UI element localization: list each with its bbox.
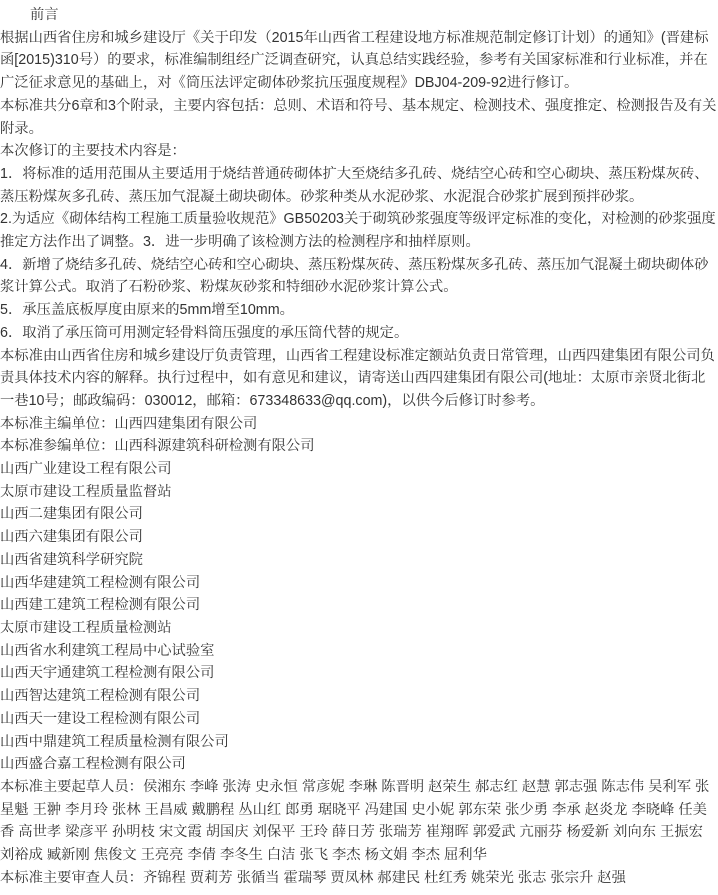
revision-item-5: 5．承压盖底板厚度由原来的5mm增至10mm。 <box>0 299 718 322</box>
document-body: 根据山西省住房和城乡建设厅《关于印发（2015年山西省工程建设地方标准规范制定修… <box>0 27 718 890</box>
participating-unit: 山西天宇通建筑工程检测有限公司 <box>0 662 718 685</box>
participating-unit: 山西六建集团有限公司 <box>0 526 718 549</box>
participating-unit: 山西建工建筑工程检测有限公司 <box>0 594 718 617</box>
revision-item-2-3: 2.为适应《砌体结构工程施工质量验收规范》GB50203关于砌筑砂浆强度等级评定… <box>0 208 718 253</box>
participating-unit: 山西华建建筑工程检测有限公司 <box>0 572 718 595</box>
participating-unit: 山西省建筑科学研究院 <box>0 549 718 572</box>
document-title: 前言 <box>0 4 718 27</box>
revision-item-6: 6．取消了承压筒可用测定轻骨料筒压强度的承压筒代替的规定。 <box>0 322 718 345</box>
participating-unit: 太原市建设工程质量检测站 <box>0 617 718 640</box>
intro-paragraph: 根据山西省住房和城乡建设厅《关于印发（2015年山西省工程建设地方标准规范制定修… <box>0 27 718 95</box>
participating-unit: 山西广业建设工程有限公司 <box>0 458 718 481</box>
participating-unit: 太原市建设工程质量监督站 <box>0 481 718 504</box>
revision-item-1: 1．将标准的适用范围从主要适用于烧结普通砖砌体扩大至烧结多孔砖、烧结空心砖和空心… <box>0 163 718 208</box>
participating-unit: 山西智达建筑工程检测有限公司 <box>0 685 718 708</box>
contents-overview: 本标准共分6章和3个附录，主要内容包括：总则、术语和符号、基本规定、检测技术、强… <box>0 95 718 140</box>
participating-units-lead: 本标准参编单位：山西科源建筑科研检测有限公司 <box>0 435 718 458</box>
management-paragraph: 本标准由山西省住房和城乡建设厅负责管理，山西省工程建设标准定额站负责日常管理，山… <box>0 345 718 413</box>
participating-unit: 山西省水利建筑工程局中心试验室 <box>0 640 718 663</box>
participating-unit: 山西盛合嘉工程检测有限公司 <box>0 753 718 776</box>
participating-unit: 山西二建集团有限公司 <box>0 503 718 526</box>
revision-item-4: 4．新增了烧结多孔砖、烧结空心砖和空心砌块、蒸压粉煤灰砖、蒸压粉煤灰多孔砖、蒸压… <box>0 254 718 299</box>
revision-intro: 本次修订的主要技术内容是： <box>0 140 718 163</box>
chief-editing-unit: 本标准主编单位：山西四建集团有限公司 <box>0 413 718 436</box>
participating-unit: 山西天一建设工程检测有限公司 <box>0 708 718 731</box>
preface-document: 前言 根据山西省住房和城乡建设厅《关于印发（2015年山西省工程建设地方标准规范… <box>0 0 718 889</box>
reviewers-paragraph: 本标准主要审查人员：齐锦程 贾莉芳 张循当 霍瑞琴 贾凤林 郝建民 杜红秀 姚荣… <box>0 867 718 890</box>
drafters-paragraph: 本标准主要起草人员：侯湘东 李峰 张涛 史永恒 常彦妮 李琳 陈晋明 赵荣生 郝… <box>0 776 718 867</box>
participating-unit: 山西中鼎建筑工程质量检测有限公司 <box>0 731 718 754</box>
